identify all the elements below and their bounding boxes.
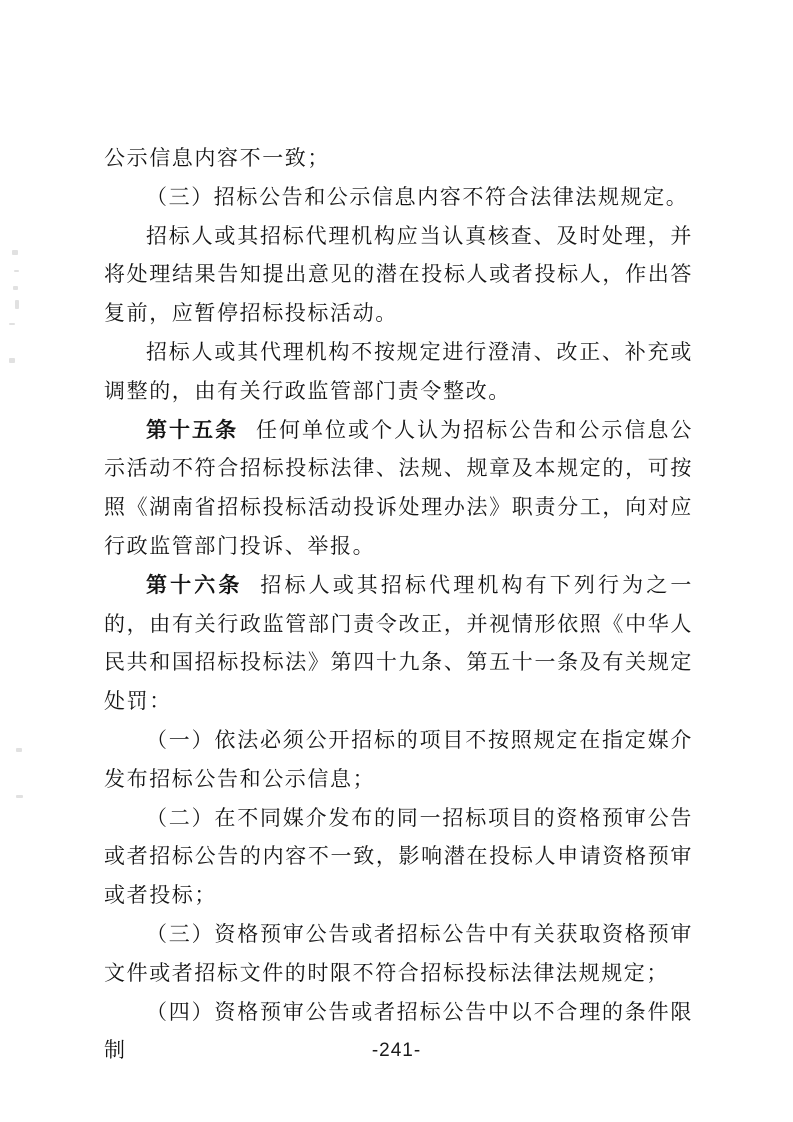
- paragraph: （二）在不同媒介发布的同一招标项目的资格预审公告或者招标公告的内容不一致，影响潜…: [104, 799, 693, 915]
- paragraph: 招标人或其招标代理机构应当认真核查、及时处理，并将处理结果告知提出意见的潜在投标…: [104, 217, 693, 333]
- paragraph-text: （三）招标公告和公示信息内容不符合法律法规规定。: [146, 185, 688, 209]
- paragraph-text: （二）在不同媒介发布的同一招标项目的资格预审公告或者招标公告的内容不一致，影响潜…: [104, 806, 693, 908]
- scan-speck: [15, 300, 19, 309]
- paragraph: 招标人或其代理机构不按规定进行澄清、改正、补充或调整的，由有关行政监管部门责令整…: [104, 333, 693, 411]
- paragraph-text: 公示信息内容不一致；: [104, 146, 330, 170]
- paragraph: 第十六条招标人或其招标代理机构有下列行为之一的，由有关行政监管部门责令改正，并视…: [104, 566, 693, 721]
- paragraph: （一）依法必须公开招标的项目不按照规定在指定媒介发布招标公告和公示信息；: [104, 721, 693, 799]
- scan-speck: [9, 323, 15, 325]
- paragraph: （三）资格预审公告或者招标公告中有关获取资格预审文件或者招标文件的时限不符合招标…: [104, 915, 693, 993]
- paragraph-text: （三）资格预审公告或者招标公告中有关获取资格预审文件或者招标文件的时限不符合招标…: [104, 922, 693, 985]
- paragraph: 第十五条任何单位或个人认为招标公告和公示信息公示活动不符合招标投标法律、法规、规…: [104, 411, 693, 566]
- paragraph-text: 招标人或其招标代理机构应当认真核查、及时处理，并将处理结果告知提出意见的潜在投标…: [104, 224, 693, 326]
- scan-speck: [16, 795, 23, 798]
- paragraph: 公示信息内容不一致；: [104, 139, 693, 178]
- document-page: 公示信息内容不一致； （三）招标公告和公示信息内容不符合法律法规规定。 招标人或…: [0, 0, 793, 1122]
- scan-speck: [12, 250, 18, 255]
- scan-speck: [9, 358, 15, 363]
- scan-speck: [16, 748, 22, 752]
- paragraph: （三）招标公告和公示信息内容不符合法律法规规定。: [104, 178, 693, 217]
- paragraph-text: （一）依法必须公开招标的项目不按照规定在指定媒介发布招标公告和公示信息；: [104, 728, 693, 791]
- page-number: -241-: [0, 1040, 793, 1062]
- scan-speck: [14, 270, 19, 272]
- scan-speck: [13, 286, 18, 290]
- article-number: 第十六条: [146, 573, 242, 597]
- article-number: 第十五条: [146, 418, 238, 442]
- paragraph-text: 招标人或其代理机构不按规定进行澄清、改正、补充或调整的，由有关行政监管部门责令整…: [104, 340, 693, 403]
- document-body: 公示信息内容不一致； （三）招标公告和公示信息内容不符合法律法规规定。 招标人或…: [104, 139, 693, 1070]
